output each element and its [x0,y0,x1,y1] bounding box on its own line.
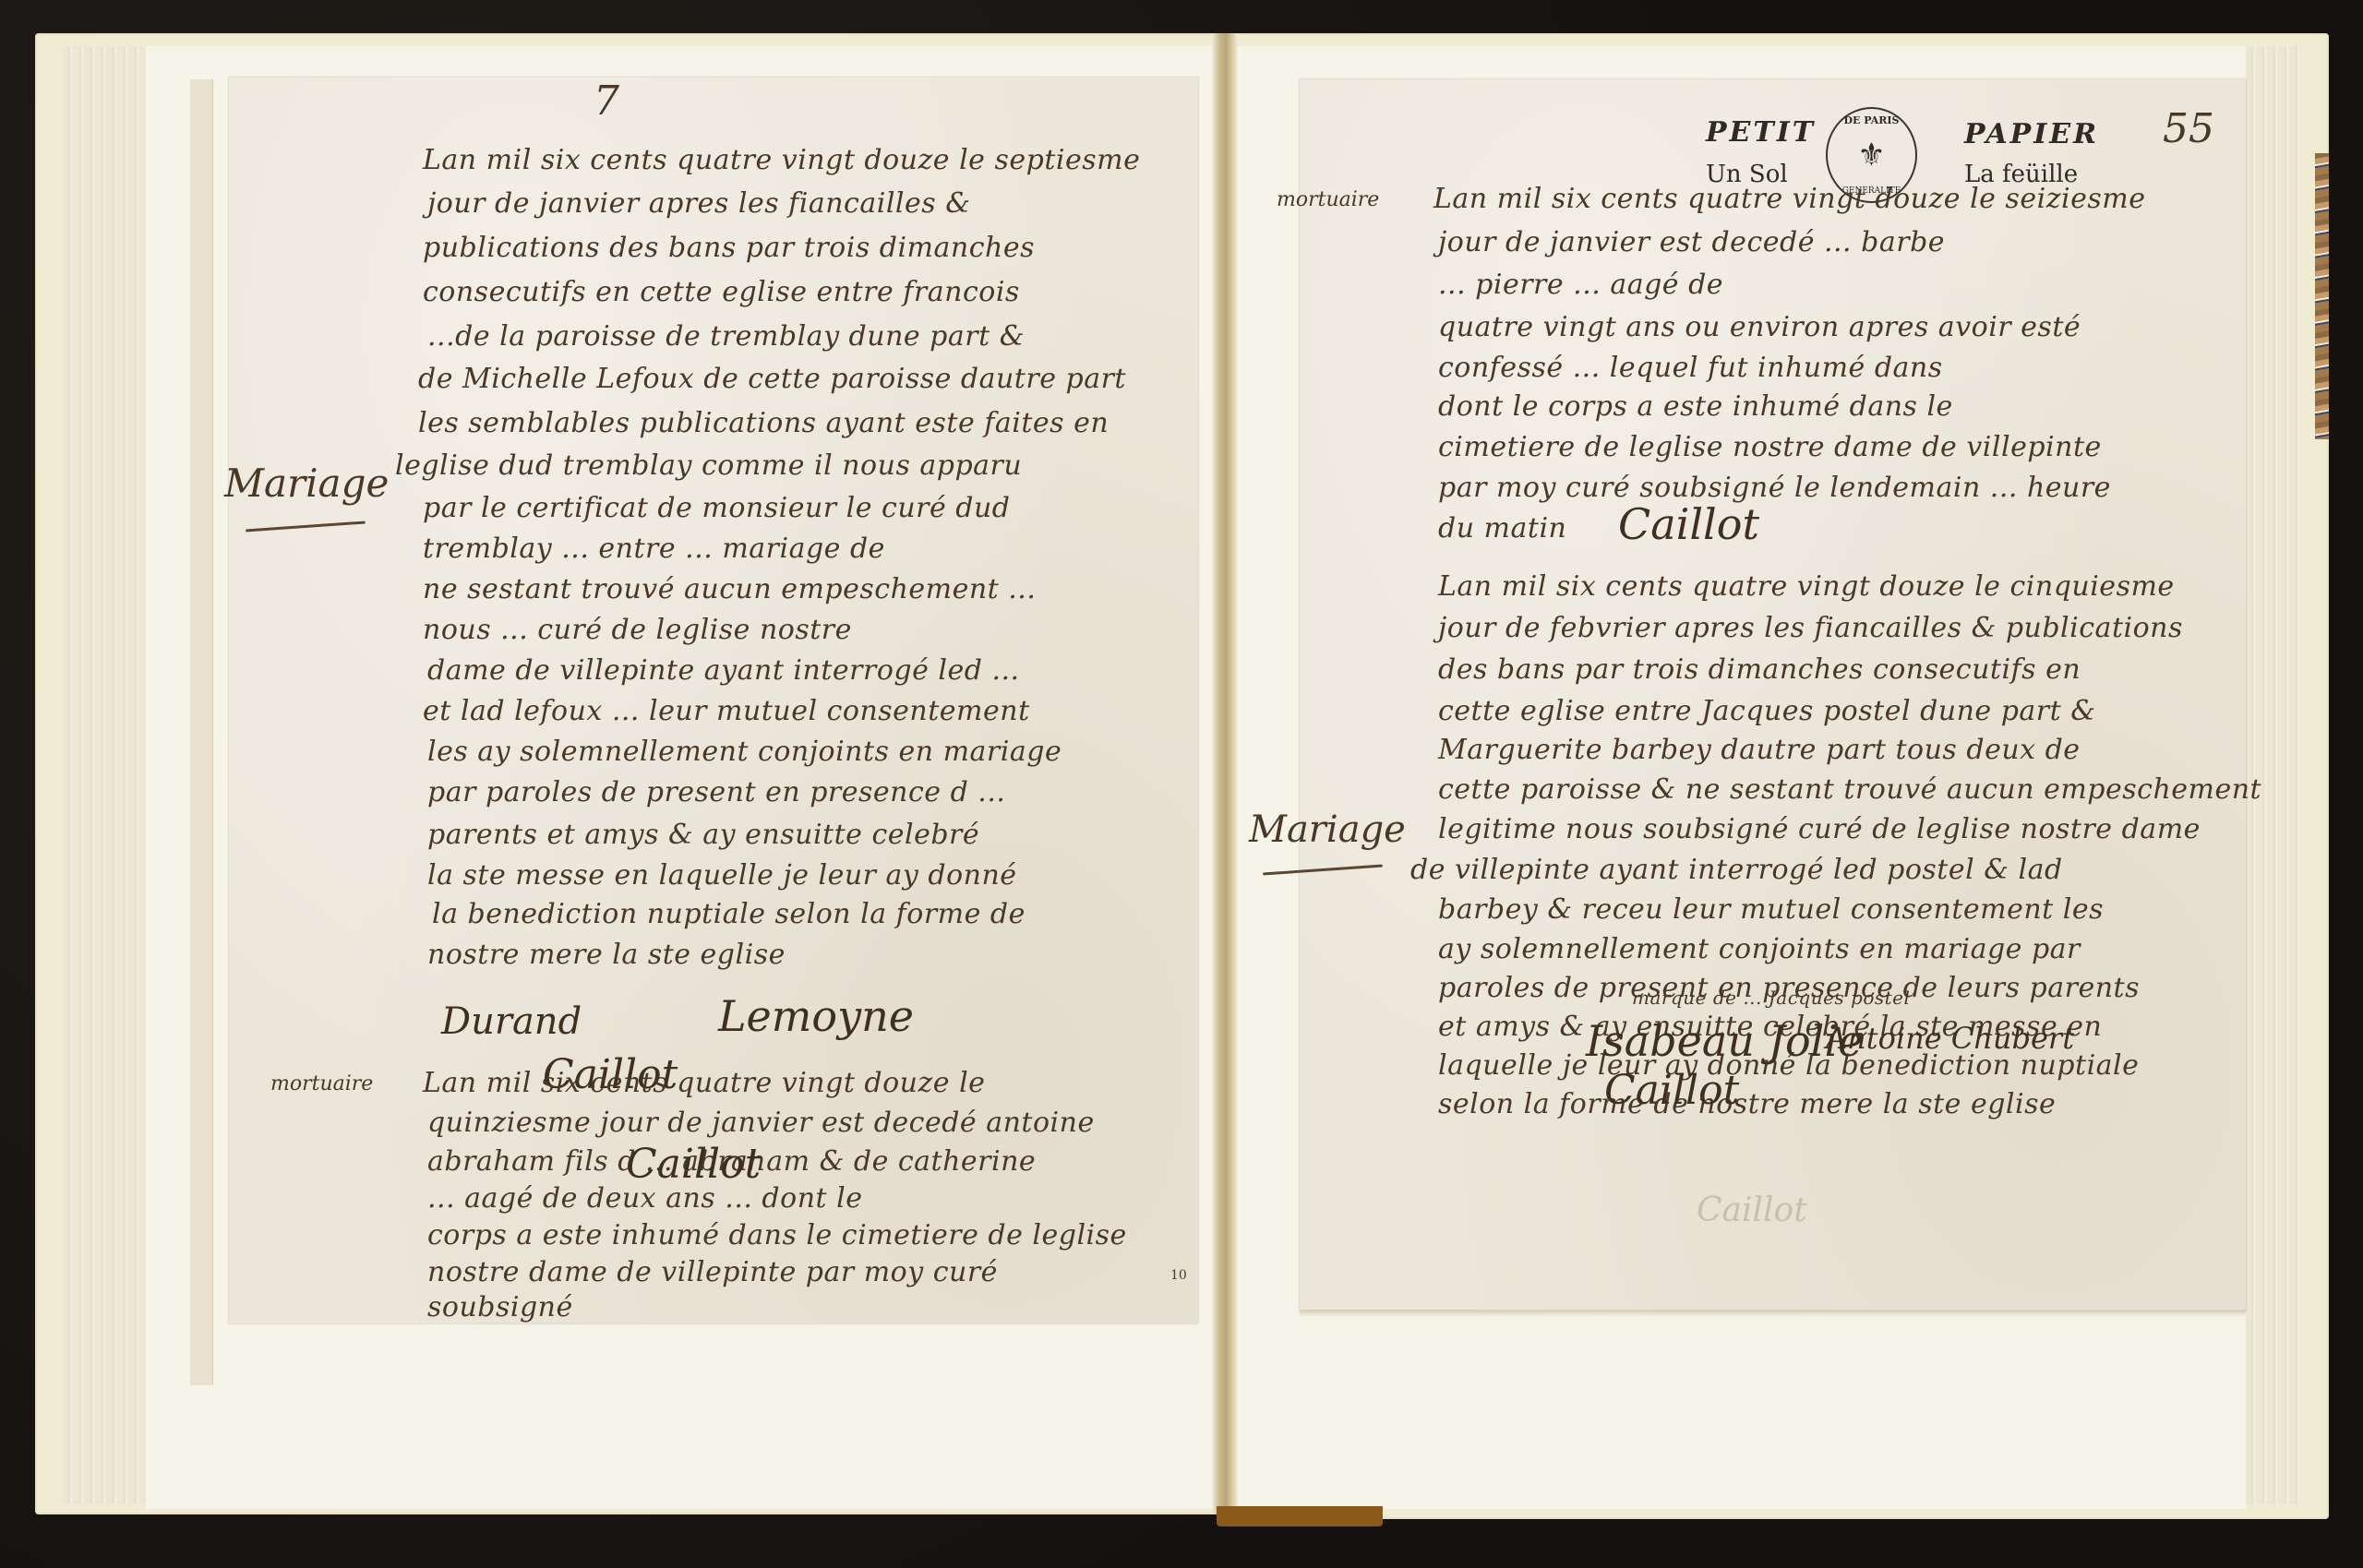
entry-line: Lan mil six cents quatre vingt douze le … [423,147,1140,174]
entry-line: Lan mil six cents quatre vingt douze le … [1433,186,2145,213]
entry-line: par le certificat de monsieur le curé du… [423,495,1011,522]
binding-edge [1217,1506,1383,1526]
left-page-stack [63,46,146,1504]
entry-line: ...de la paroisse de tremblay dune part … [427,323,1025,351]
signature-isabeau-jolie: Isabeau Jolie [1586,1016,1863,1066]
entry-line: nostre dame de villepinte par moy curé [427,1259,998,1287]
entry-line: Marguerite barbey dautre part tous deux … [1438,736,2081,764]
entry-line: Lan mil six cents quatre vingt douze le … [1438,573,2175,601]
entry-line: parents et amys & ay ensuitte celebré [427,821,979,849]
entry-line: de Michelle Lefoux de cette paroisse dau… [418,365,1126,393]
previous-leaf-strip [190,79,213,1385]
entry-line: par paroles de present en presence d ... [427,779,1005,807]
signature-durand: Durand [441,1000,582,1043]
folio-number: 55 [2163,105,2214,152]
entry-line: cimetiere de leglise nostre dame de vill… [1438,434,2102,461]
stamp-word-papier: PAPIER [1964,118,2099,150]
entry-line: publications des bans par trois dimanche… [423,234,1035,262]
entry-line: selon la forme de nostre mere la ste egl… [1438,1091,2056,1119]
entry-line: nostre mere la ste eglise [427,941,786,969]
entry-line: quinziesme jour de janvier est decedé an… [427,1109,1095,1137]
entry-line: dame de villepinte ayant interrogé led .… [427,657,1020,685]
signature-lemoyne: Lemoyne [718,991,914,1041]
bleed-through-signature: Caillot [1697,1191,1807,1229]
entry-line: legitime nous soubsigné curé de leglise … [1438,816,2201,844]
entry-line: Lan mil six cents quatre vingt douze le [423,1070,985,1097]
entry-line: confessé ... lequel fut inhumé dans [1438,354,1943,382]
entry-line: corps a este inhumé dans le cimetiere de… [427,1222,1127,1250]
entry-line: par moy curé soubsigné le lendemain ... … [1438,474,2111,502]
right-manuscript-sheet: 55 PETIT DE PARIS ⚜ GENERALITE PAPIER Un… [1300,79,2246,1311]
entry-line: tremblay ... entre ... mariage de [423,535,885,563]
open-register-book: 7 Mariage Lan mil six cents quatre vingt… [35,33,2329,1528]
entry-line: jour de febvrier apres les fiancailles &… [1438,615,2183,642]
seal-ring-top: DE PARIS [1828,114,1915,126]
entry-line: les ay solemnellement conjoints en maria… [427,738,1062,766]
entry-line: soubsigné [427,1294,573,1322]
margin-note-mortuaire: mortuaire [1277,188,1379,211]
book-gutter [1212,33,1238,1514]
entry-line: quatre vingt ans ou environ apres avoir … [1438,314,2081,341]
folio-number: 7 [594,78,619,125]
signature-caillot-entry-2: Caillot [626,1141,761,1188]
signature-antoine-chubert: Antoine Chubert [1826,1021,2074,1056]
marbled-endpaper [2315,153,2329,439]
signature-caillot: Caillot [1618,499,1759,549]
entry-line: cette eglise entre Jacques postel dune p… [1438,698,2095,725]
margin-note-mariage: Mariage [1249,808,1406,851]
entry-line: consecutifs en cette eglise entre franco… [423,279,1020,306]
entry-line: du matin [1438,515,1566,543]
margin-note-mariage: Mariage [224,461,389,506]
corner-number: 10 [1170,1268,1187,1283]
entry-line: la benediction nuptiale selon la forme d… [432,901,1026,928]
entry-line: ... aagé de deux ans ... dont le [427,1185,862,1213]
margin-flourish [246,521,366,532]
entry-line: leglise dud tremblay comme il nous appar… [395,452,1022,480]
signature-caillot: Caillot [1604,1067,1739,1114]
stamp-word-petit: PETIT [1706,116,1816,149]
entry-line: dont le corps a este inhumé dans le [1438,393,1953,421]
left-manuscript-sheet: 7 Mariage Lan mil six cents quatre vingt… [229,78,1198,1323]
entry-line: ay solemnellement conjoints en mariage p… [1438,936,2081,964]
entry-line: jour de janvier apres les fiancailles & [427,190,970,218]
margin-note-mortuaire: mortuaire [270,1072,373,1095]
entry-line: barbey & receu leur mutuel consentement … [1438,896,2104,924]
entry-line: ... pierre ... aagé de [1438,271,1723,299]
entry-line: nous ... curé de leglise nostre [423,616,852,644]
signature-mark-postel: marque de ... Jacques postel [1632,988,1910,1007]
entry-line: ne sestant trouvé aucun empeschement ... [423,576,1036,604]
entry-line: la ste messe en laquelle je leur ay donn… [427,862,1017,890]
entry-line: de villepinte ayant interrogé led postel… [1410,856,2063,884]
entry-line: les semblables publications ayant este f… [418,410,1109,437]
entry-line: et lad lefoux ... leur mutuel consenteme… [423,698,1030,725]
entry-line: des bans par trois dimanches consecutifs… [1438,656,2081,684]
fleur-de-lis-icon: ⚜ [1857,137,1885,174]
entry-line: jour de janvier est decedé ... barbe [1438,229,1945,257]
entry-line: cette paroisse & ne sestant trouvé aucun… [1438,776,2261,804]
